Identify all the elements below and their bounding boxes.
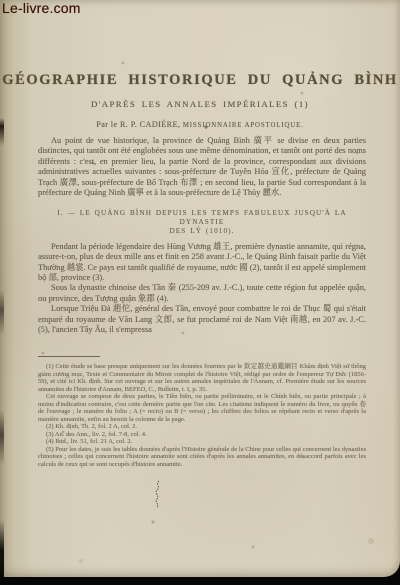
section-heading: I. — LE QUẢNG BÌNH DEPUIS LES TEMPS FABU…	[38, 209, 366, 235]
paper-sheet: GÉOGRAPHIE HISTORIQUE DU QUẢNG BÌNH D'AP…	[0, 0, 400, 577]
footnote: (3) An. des Ann., liv. 2, fol. 7-8, col.…	[38, 431, 366, 439]
section-heading-line2: DES LÝ (1010).	[38, 227, 366, 236]
footnotes: (1) Cette étude se base presque uniqueme…	[38, 363, 366, 468]
footnote: (5) Pour les dates, je suis les tables d…	[38, 446, 366, 469]
byline-role: MISSIONNAIRE APOSTOLIQUE.	[183, 122, 304, 129]
byline: Par le R. P. CADIÈRE, MISSIONNAIRE APOST…	[0, 114, 400, 132]
pencil-squiggle-mark	[153, 480, 163, 508]
paragraph: Au point de vue historique, la province …	[38, 136, 366, 198]
footnote-separator	[38, 356, 100, 357]
footnote: Cet ouvrage se compose de deux parties, …	[38, 393, 366, 423]
paragraph: Lorsque Triệu Đà 趙佗, général des Tần, en…	[38, 304, 366, 335]
footnote: (1) Cette étude se base presque uniqueme…	[38, 363, 366, 393]
scanned-page-photo: GÉOGRAPHIE HISTORIQUE DU QUẢNG BÌNH D'AP…	[0, 0, 400, 585]
section-heading-line1: I. — LE QUẢNG BÌNH DEPUIS LES TEMPS FABU…	[38, 209, 366, 227]
footnote: (2) Kh. định, Tb. 2, fol. 2 A, col. 2.	[38, 423, 366, 431]
footnote: (4) Ibid., liv. 51, fol. 21 A, col. 2.	[38, 438, 366, 446]
paragraph: Pendant la période légendaire des Hùng V…	[38, 242, 366, 284]
page-subtitle: D'APRÈS LES ANNALES IMPÉRIALES (1)	[0, 99, 400, 109]
le-livre-watermark: Le-livre.com	[2, 0, 81, 16]
page-title: GÉOGRAPHIE HISTORIQUE DU QUẢNG BÌNH	[0, 72, 400, 89]
article-body: Au point de vue historique, la province …	[38, 136, 366, 335]
paragraph: Sous la dynastie chinoise des Tần 秦 (255…	[38, 283, 366, 304]
byline-author: Par le R. P. CADIÈRE,	[96, 120, 183, 129]
